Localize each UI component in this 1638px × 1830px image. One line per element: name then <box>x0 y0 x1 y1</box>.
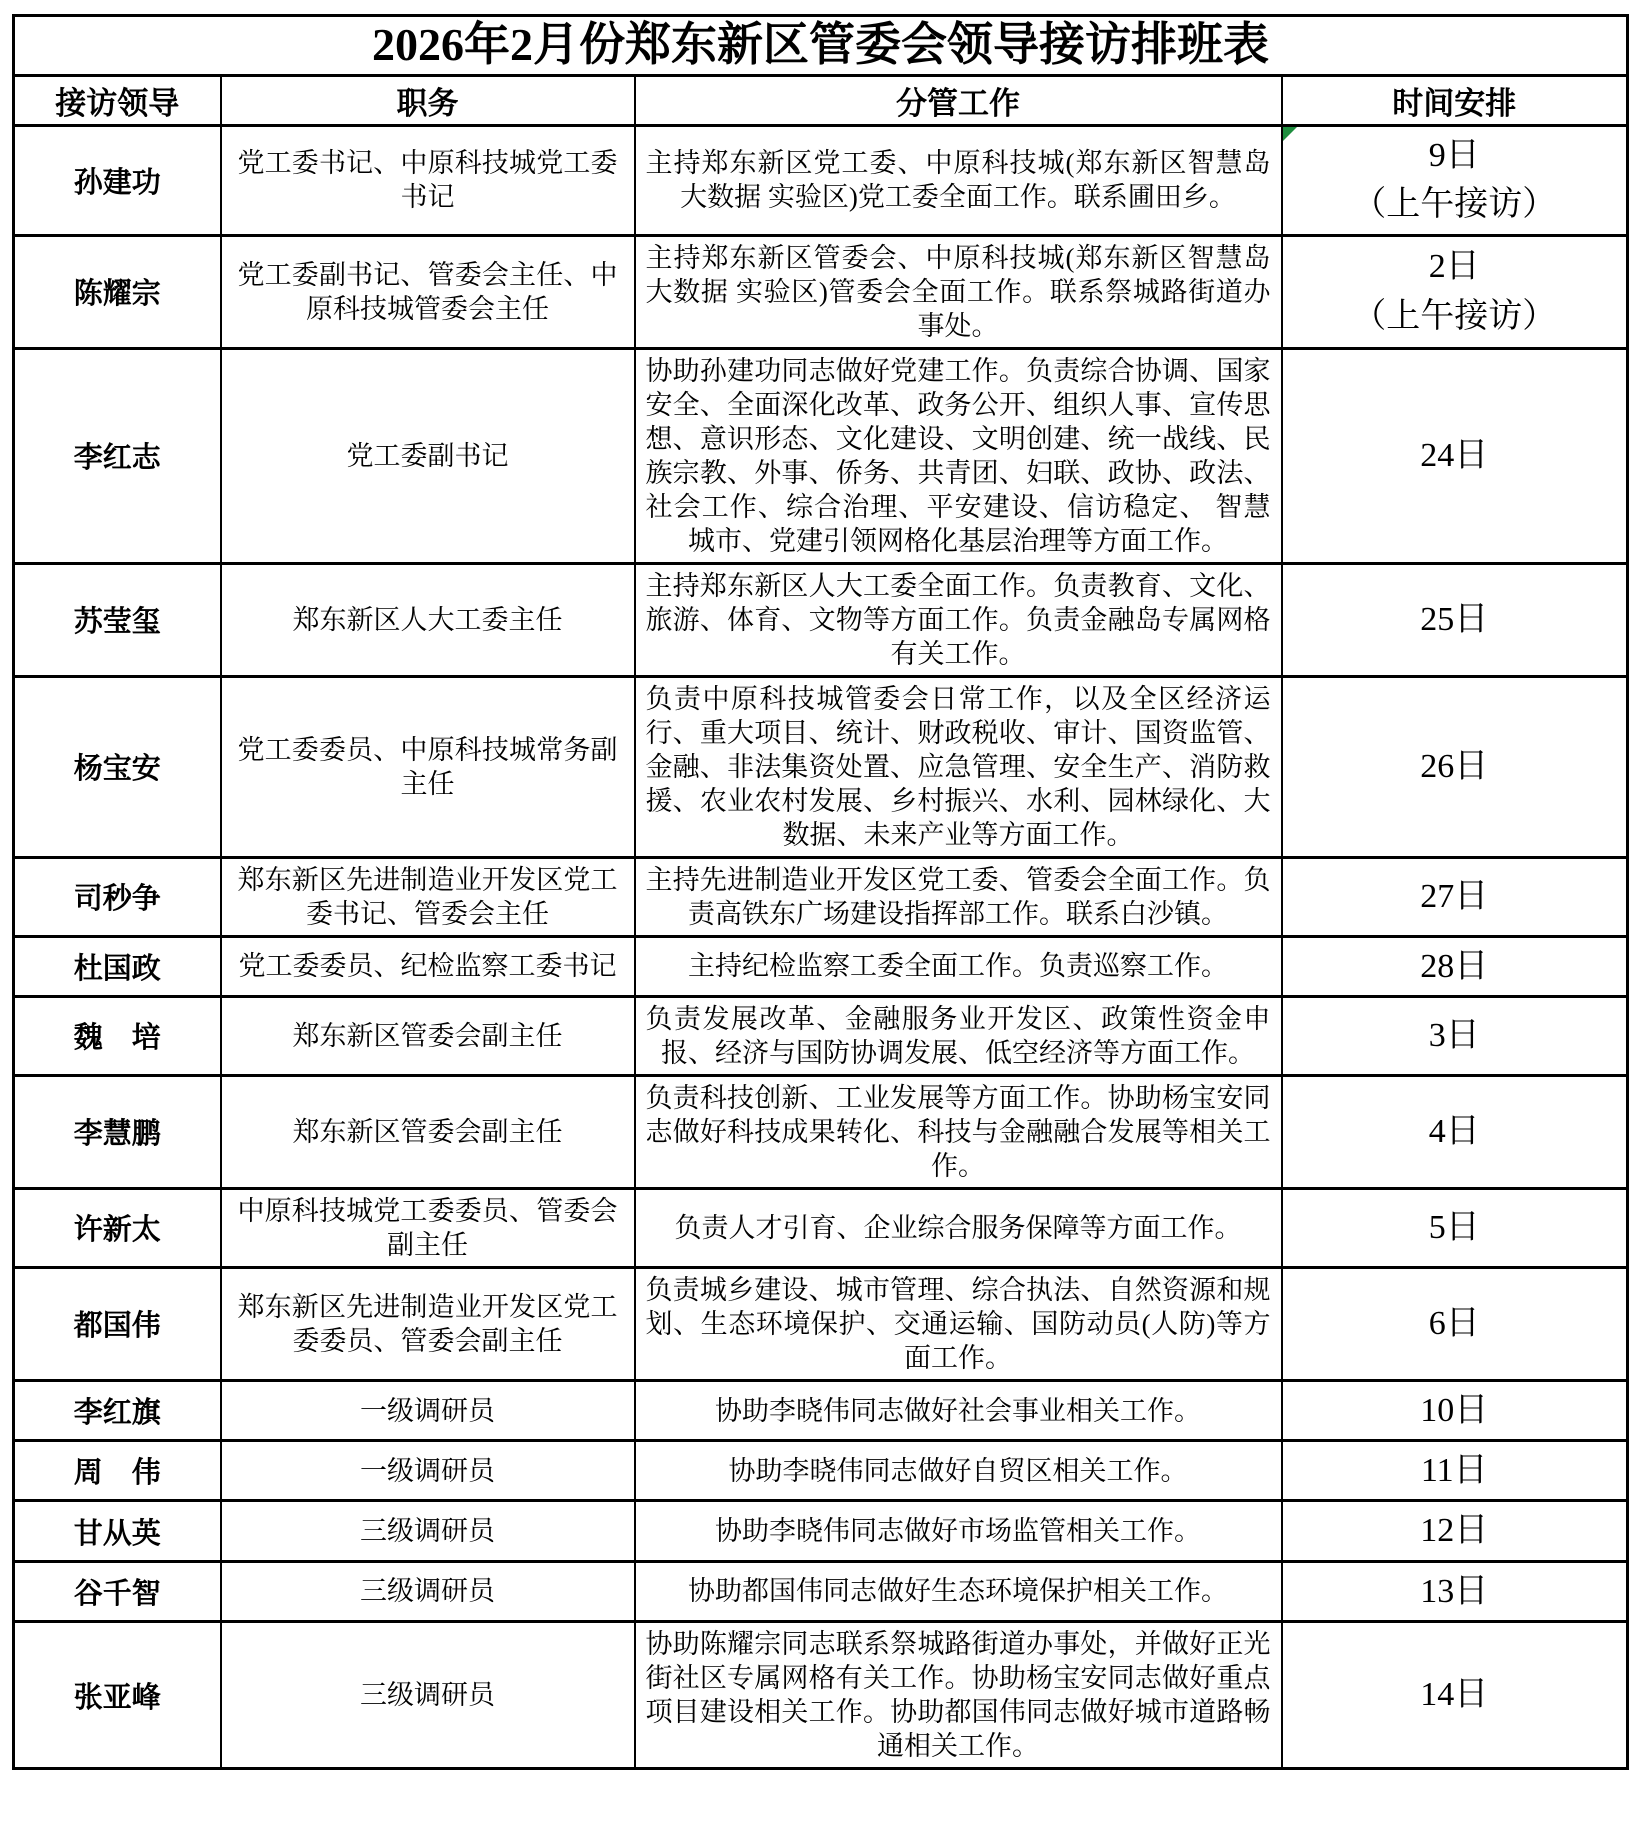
leader-duties-cell: 协助陈耀宗同志联系祭城路街道办事处，并做好正光街社区专属网格有关工作。协助杨宝安… <box>635 1622 1282 1769</box>
schedule-time-cell: 28日 <box>1282 936 1628 996</box>
leader-position-cell: 三级调研员 <box>221 1561 635 1621</box>
schedule-time-cell: 27日 <box>1282 857 1628 936</box>
leader-duties-cell: 负责人才引育、企业综合服务保障等方面工作。 <box>635 1188 1282 1267</box>
leader-position-cell: 郑东新区管委会副主任 <box>221 996 635 1075</box>
leader-name-cell: 魏 培 <box>14 996 221 1075</box>
leader-name-cell: 孙建功 <box>14 126 221 236</box>
leader-position-cell: 三级调研员 <box>221 1622 635 1769</box>
table-row: 陈耀宗 党工委副书记、管委会主任、中原科技城管委会主任 主持郑东新区管委会、中原… <box>14 235 1628 348</box>
leader-position-cell: 一级调研员 <box>221 1441 635 1501</box>
column-header-position: 职务 <box>221 76 635 126</box>
column-header-duties: 分管工作 <box>635 76 1282 126</box>
leader-position-cell: 三级调研员 <box>221 1501 635 1561</box>
cell-note-marker-icon <box>1283 127 1297 141</box>
leader-position-cell: 中原科技城党工委委员、管委会副主任 <box>221 1188 635 1267</box>
leader-duties-cell: 协助李晓伟同志做好市场监管相关工作。 <box>635 1501 1282 1561</box>
leader-name-cell: 李红旗 <box>14 1380 221 1440</box>
schedule-time-cell: 3日 <box>1282 996 1628 1075</box>
table-row: 许新太 中原科技城党工委委员、管委会副主任 负责人才引育、企业综合服务保障等方面… <box>14 1188 1628 1267</box>
leader-duties-cell: 负责发展改革、金融服务业开发区、政策性资金申报、经济与国防协调发展、低空经济等方… <box>635 996 1282 1075</box>
leader-name-cell: 张亚峰 <box>14 1622 221 1769</box>
leader-position-cell: 党工委委员、纪检监察工委书记 <box>221 936 635 996</box>
leader-duties-cell: 负责科技创新、工业发展等方面工作。协助杨宝安同志做好科技成果转化、科技与金融融合… <box>635 1075 1282 1188</box>
leader-position-cell: 党工委副书记、管委会主任、中原科技城管委会主任 <box>221 235 635 348</box>
title-row: 2026年2月份郑东新区管委会领导接访排班表 <box>14 16 1628 76</box>
leader-name-cell: 甘从英 <box>14 1501 221 1561</box>
leader-duties-cell: 主持郑东新区人大工委全面工作。负责教育、文化、旅游、体育、文物等方面工作。负责金… <box>635 563 1282 676</box>
leader-name-cell: 都国伟 <box>14 1267 221 1380</box>
leader-duties-cell: 主持郑东新区管委会、中原科技城(郑东新区智慧岛大数据 实验区)管委会全面工作。联… <box>635 235 1282 348</box>
leader-position-cell: 一级调研员 <box>221 1380 635 1440</box>
schedule-time-cell: 4日 <box>1282 1075 1628 1188</box>
leader-duties-cell: 协助李晓伟同志做好社会事业相关工作。 <box>635 1380 1282 1440</box>
leader-duties-cell: 主持郑东新区党工委、中原科技城(郑东新区智慧岛大数据 实验区)党工委全面工作。联… <box>635 126 1282 236</box>
leader-name-cell: 李红志 <box>14 348 221 563</box>
leader-name-cell: 许新太 <box>14 1188 221 1267</box>
column-header-leader: 接访领导 <box>14 76 221 126</box>
schedule-time-cell: 12日 <box>1282 1501 1628 1561</box>
table-row: 甘从英 三级调研员 协助李晓伟同志做好市场监管相关工作。 12日 <box>14 1501 1628 1561</box>
schedule-time-cell: 13日 <box>1282 1561 1628 1621</box>
leader-name-cell: 谷千智 <box>14 1561 221 1621</box>
duty-schedule-table: 2026年2月份郑东新区管委会领导接访排班表 接访领导 职务 分管工作 时间安排… <box>12 14 1629 1770</box>
table-row: 魏 培 郑东新区管委会副主任 负责发展改革、金融服务业开发区、政策性资金申报、经… <box>14 996 1628 1075</box>
leader-name-cell: 杜国政 <box>14 936 221 996</box>
leader-position-cell: 党工委书记、中原科技城党工委书记 <box>221 126 635 236</box>
leader-name-cell: 周 伟 <box>14 1441 221 1501</box>
table-row: 杨宝安 党工委委员、中原科技城常务副主任 负责中原科技城管委会日常工作，以及全区… <box>14 676 1628 857</box>
leader-name-cell: 杨宝安 <box>14 676 221 857</box>
table-row: 苏莹玺 郑东新区人大工委主任 主持郑东新区人大工委全面工作。负责教育、文化、旅游… <box>14 563 1628 676</box>
table-row: 谷千智 三级调研员 协助都国伟同志做好生态环境保护相关工作。 13日 <box>14 1561 1628 1621</box>
page-title: 2026年2月份郑东新区管委会领导接访排班表 <box>14 16 1628 76</box>
table-row: 李红志 党工委副书记 协助孙建功同志做好党建工作。负责综合协调、国家安全、全面深… <box>14 348 1628 563</box>
leader-position-cell: 郑东新区先进制造业开发区党工委委员、管委会副主任 <box>221 1267 635 1380</box>
schedule-time-cell: 2日 （上午接访） <box>1282 235 1628 348</box>
leader-name-cell: 苏莹玺 <box>14 563 221 676</box>
table-row: 孙建功 党工委书记、中原科技城党工委书记 主持郑东新区党工委、中原科技城(郑东新… <box>14 126 1628 236</box>
leader-position-cell: 党工委副书记 <box>221 348 635 563</box>
spreadsheet-page: 2026年2月份郑东新区管委会领导接访排班表 接访领导 职务 分管工作 时间安排… <box>0 0 1638 1830</box>
schedule-time-cell: 10日 <box>1282 1380 1628 1440</box>
table-row: 周 伟 一级调研员 协助李晓伟同志做好自贸区相关工作。 11日 <box>14 1441 1628 1501</box>
leader-position-cell: 郑东新区人大工委主任 <box>221 563 635 676</box>
leader-name-cell: 司秒争 <box>14 857 221 936</box>
leader-duties-cell: 协助孙建功同志做好党建工作。负责综合协调、国家安全、全面深化改革、政务公开、组织… <box>635 348 1282 563</box>
schedule-time-cell: 26日 <box>1282 676 1628 857</box>
leader-duties-cell: 主持先进制造业开发区党工委、管委会全面工作。负责高铁东广场建设指挥部工作。联系白… <box>635 857 1282 936</box>
schedule-time-cell: 24日 <box>1282 348 1628 563</box>
schedule-time-cell: 11日 <box>1282 1441 1628 1501</box>
leader-position-cell: 党工委委员、中原科技城常务副主任 <box>221 676 635 857</box>
schedule-time-cell: 25日 <box>1282 563 1628 676</box>
column-header-schedule: 时间安排 <box>1282 76 1628 126</box>
table-row: 李慧鹏 郑东新区管委会副主任 负责科技创新、工业发展等方面工作。协助杨宝安同志做… <box>14 1075 1628 1188</box>
leader-name-cell: 李慧鹏 <box>14 1075 221 1188</box>
schedule-time-cell: 5日 <box>1282 1188 1628 1267</box>
header-row: 接访领导 职务 分管工作 时间安排 <box>14 76 1628 126</box>
table-row: 都国伟 郑东新区先进制造业开发区党工委委员、管委会副主任 负责城乡建设、城市管理… <box>14 1267 1628 1380</box>
leader-duties-cell: 协助都国伟同志做好生态环境保护相关工作。 <box>635 1561 1282 1621</box>
leader-duties-cell: 负责中原科技城管委会日常工作，以及全区经济运行、重大项目、统计、财政税收、审计、… <box>635 676 1282 857</box>
leader-position-cell: 郑东新区先进制造业开发区党工委书记、管委会主任 <box>221 857 635 936</box>
leader-duties-cell: 负责城乡建设、城市管理、综合执法、自然资源和规划、生态环境保护、交通运输、国防动… <box>635 1267 1282 1380</box>
schedule-time-cell: 9日 （上午接访） <box>1282 126 1628 236</box>
leader-duties-cell: 主持纪检监察工委全面工作。负责巡察工作。 <box>635 936 1282 996</box>
table-row: 张亚峰 三级调研员 协助陈耀宗同志联系祭城路街道办事处，并做好正光街社区专属网格… <box>14 1622 1628 1769</box>
table-row: 杜国政 党工委委员、纪检监察工委书记 主持纪检监察工委全面工作。负责巡察工作。 … <box>14 936 1628 996</box>
schedule-time-cell: 6日 <box>1282 1267 1628 1380</box>
schedule-time-cell: 14日 <box>1282 1622 1628 1769</box>
leader-position-cell: 郑东新区管委会副主任 <box>221 1075 635 1188</box>
table-row: 司秒争 郑东新区先进制造业开发区党工委书记、管委会主任 主持先进制造业开发区党工… <box>14 857 1628 936</box>
leader-duties-cell: 协助李晓伟同志做好自贸区相关工作。 <box>635 1441 1282 1501</box>
table-row: 李红旗 一级调研员 协助李晓伟同志做好社会事业相关工作。 10日 <box>14 1380 1628 1440</box>
leader-name-cell: 陈耀宗 <box>14 235 221 348</box>
